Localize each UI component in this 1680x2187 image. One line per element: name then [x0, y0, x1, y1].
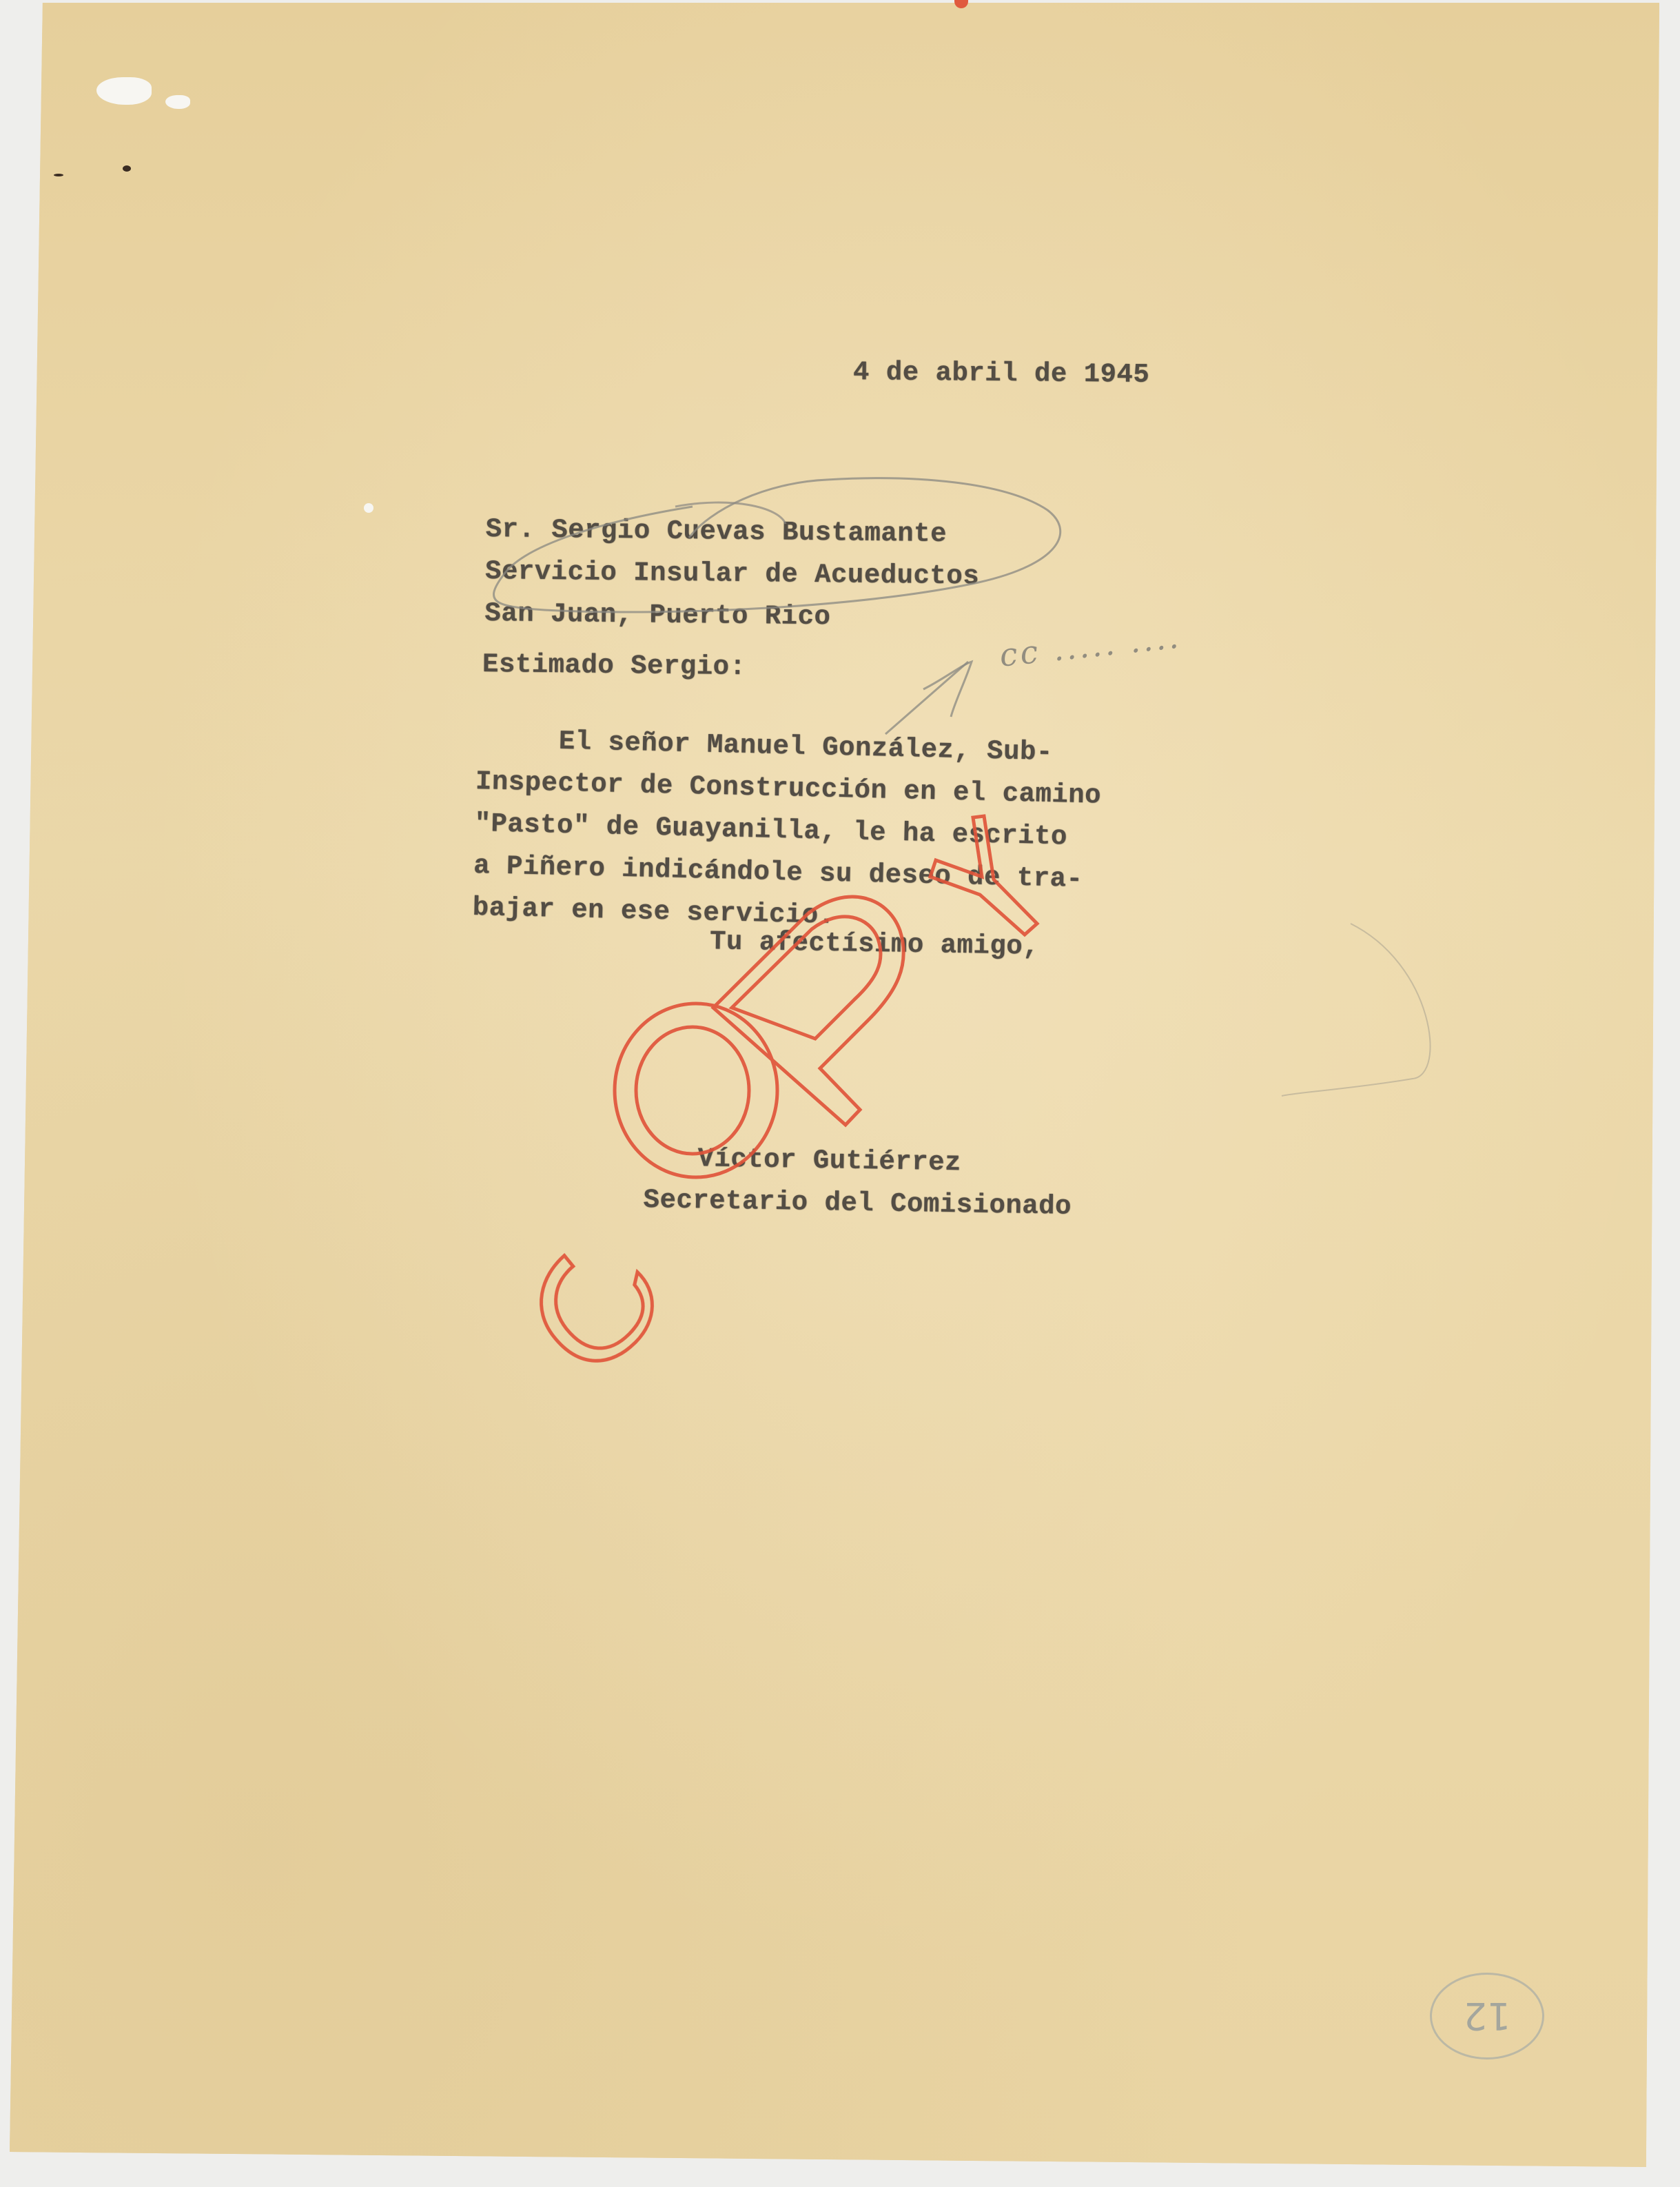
- signer-title: Secretario del Comisionado: [643, 1185, 1072, 1222]
- paper-sheet: [10, 3, 1659, 2167]
- page-number-circle: 12: [1430, 1973, 1544, 2059]
- ink-speck: [123, 165, 131, 172]
- body-line: a Piñero indicándole su deseo de tra-: [473, 851, 1083, 895]
- closing: Tu afectísimo amigo,: [710, 921, 1040, 968]
- body-line: El señor Manuel González, Sub-: [476, 724, 1053, 768]
- body-line: "Pasto" de Guayanilla, le ha escrito: [474, 808, 1067, 853]
- signature-block: Víctor GutiérrezSecretario del Comisiona…: [643, 1137, 1072, 1228]
- recipient-location: San Juan, Puerto Rico: [484, 598, 830, 632]
- signer-name: Víctor Gutiérrez: [644, 1137, 1072, 1186]
- recipient-address: Sr. Sergio Cuevas Bustamante Servicio In…: [484, 509, 980, 640]
- salutation: Estimado Sergio:: [482, 644, 746, 689]
- paper-tear: [96, 77, 152, 105]
- ink-speck: [54, 174, 63, 176]
- paper-hole: [364, 503, 373, 513]
- letter-body: El señor Manuel González, Sub- Inspector…: [472, 719, 1103, 944]
- body-line: Inspector de Construcción en el camino: [475, 766, 1101, 811]
- recipient-organization: Servicio Insular de Acueductos: [485, 556, 980, 592]
- letter-date: 4 de abril de 1945: [853, 352, 1150, 396]
- recipient-name: Sr. Sergio Cuevas Bustamante: [485, 514, 947, 549]
- paper-tear: [165, 95, 190, 109]
